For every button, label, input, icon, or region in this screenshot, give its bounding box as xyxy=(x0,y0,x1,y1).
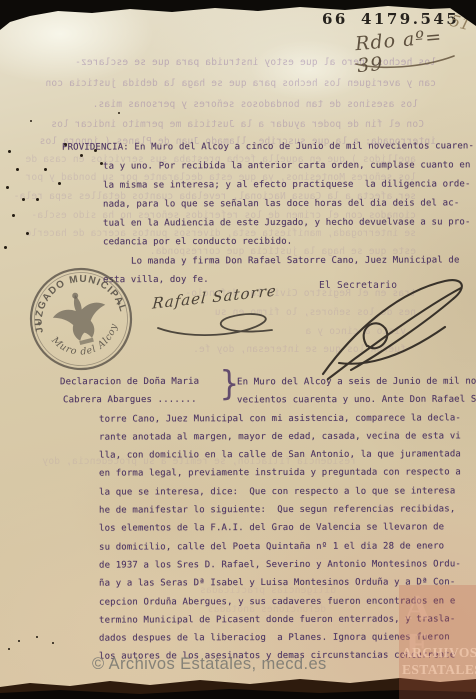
archive-label-line2: ESTATALES xyxy=(402,662,476,678)
typed-line: he de manifestar lo siguiente: Que segun… xyxy=(99,504,455,515)
typed-line: de 1937 a los Sres D. Rafael, Severino y… xyxy=(99,559,461,570)
scanned-document-page: los hechos, pero al que estoy instruida … xyxy=(0,0,476,699)
typed-line: torre Cano, Juez Municipal con mi asiste… xyxy=(99,413,461,424)
typed-line: dados despues de la liberaciog a Planes.… xyxy=(99,632,450,643)
numbering-stamp-left: 66 xyxy=(322,10,348,28)
archive-label-line1: ARCHIVOS xyxy=(402,645,476,661)
margin-brace: } xyxy=(220,365,239,404)
archive-label-overlay: A E ARCHIVOS ESTATALES xyxy=(399,585,476,699)
copyright-watermark: © Archivos Estatales, mecd.es xyxy=(92,655,327,674)
typed-line: en forma legal, previamente instruida y … xyxy=(99,467,461,478)
typed-line: la que se interesa, dice: Que con respec… xyxy=(99,486,455,497)
typed-line: vecientos cuarenta y uno. Ante Don Rafae… xyxy=(237,395,476,406)
judge-signature-rubric xyxy=(150,306,285,346)
typed-line: los elementos de la F.A.I. del Grao de V… xyxy=(99,522,444,533)
typed-line: lla, con domicilio en la calle de San An… xyxy=(99,449,461,460)
typed-line: rante anotada al margen, mayor de edad, … xyxy=(99,431,461,442)
typed-line: su domicilio, calle del Poeta Quintaña n… xyxy=(99,541,444,552)
secretary-signature xyxy=(295,266,475,394)
pencil-underline-stroke xyxy=(352,44,462,70)
